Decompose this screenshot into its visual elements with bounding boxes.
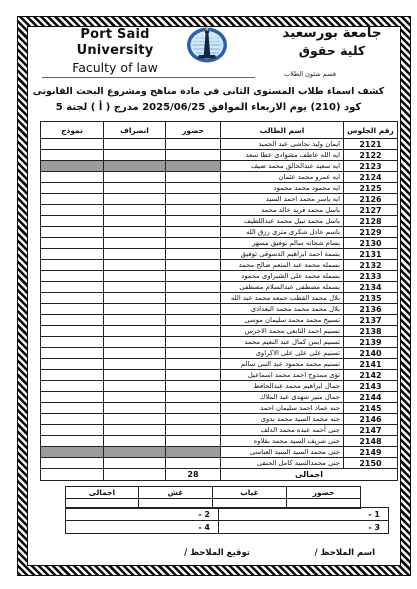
- student-name-cell: جنه محمد السيد محمد بدوى: [221, 414, 344, 425]
- student-name-cell: جنى أحمد عبده محمد الدلف: [221, 425, 344, 436]
- form-cell: [41, 194, 104, 205]
- student-name-cell: تسبيح محمد محمد سليمان موسى: [221, 315, 344, 326]
- student-row: 2146جنه محمد السيد محمد بدوى: [41, 414, 398, 425]
- sheet-subtitle: كود (210) يوم الاربعاء الموافق 2025/06/2…: [30, 102, 387, 113]
- leave-cell: [104, 337, 166, 348]
- form-cell: [41, 205, 104, 216]
- seat-number-cell: 2140: [344, 348, 398, 359]
- university-logo-icon: [185, 25, 229, 65]
- student-name-cell: بسمة احمد ابراهيم الدسوقى توفيق: [221, 249, 344, 260]
- leave-cell: [104, 315, 166, 326]
- faculty-name-en: Faculty of law: [48, 60, 182, 76]
- summary-table: حضور غياب غش اجمالى: [65, 486, 361, 509]
- student-row: 2148جنى شريف السيد محمد بقلاوه: [41, 436, 398, 447]
- form-cell: [41, 150, 104, 161]
- attendance-cell: [166, 436, 221, 447]
- seat-number-cell: 2121: [344, 139, 398, 150]
- student-row: 2132بسمله محمد عبد المنعم صالح محمد: [41, 260, 398, 271]
- total-attendance-cell: 28: [166, 469, 221, 481]
- student-row: 2141تسنيم محمد محمود عبد النبى سالم: [41, 359, 398, 370]
- student-name-cell: جنه عماد احمد سليمان احمد: [221, 403, 344, 414]
- summary-header-cheating: غش: [139, 487, 213, 499]
- seat-number-cell: 2143: [344, 381, 398, 392]
- attendance-cell: [166, 227, 221, 238]
- student-name-cell: جمال منير شهدى عبد الملاك: [221, 392, 344, 403]
- student-row: 2144جمال منير شهدى عبد الملاك: [41, 392, 398, 403]
- attendance-cell: [166, 326, 221, 337]
- student-name-cell: باسل محمد فريد خالد محمد: [221, 205, 344, 216]
- form-cell: [41, 271, 104, 282]
- form-cell: [41, 370, 104, 381]
- form-cell: [41, 348, 104, 359]
- attendance-cell: [166, 282, 221, 293]
- leave-cell: [104, 150, 166, 161]
- seat-number-cell: 2147: [344, 425, 398, 436]
- attendance-cell: [166, 205, 221, 216]
- department-divider-line: [42, 77, 255, 78]
- form-cell: [41, 447, 104, 458]
- seat-number-cell: 2135: [344, 293, 398, 304]
- student-name-cell: بسمله محمد على الشبراوى محمود: [221, 271, 344, 282]
- student-name-cell: ايه عمرو محمد عثمان: [221, 172, 344, 183]
- student-name-cell: باسم عادل شكرى مترى رزق الله: [221, 227, 344, 238]
- form-cell: [41, 183, 104, 194]
- form-cell: [41, 304, 104, 315]
- leave-cell: [104, 425, 166, 436]
- total-row: اجمالى 28: [41, 469, 398, 481]
- leave-cell: [104, 194, 166, 205]
- student-row: 2136بلال محمد محمد محمد البغدادى: [41, 304, 398, 315]
- seat-number-cell: 2125: [344, 183, 398, 194]
- student-row: 2134بسمله مصطفى عبدالسلام مصطفى: [41, 282, 398, 293]
- student-row: 2139تسنيم ايمن كمال عبد النعيم محمد: [41, 337, 398, 348]
- seat-number-cell: 2134: [344, 282, 398, 293]
- seat-number-cell: 2149: [344, 447, 398, 458]
- students-table: رقم الجلوس اسم الطالب حضور انصراف نموذج …: [40, 121, 398, 481]
- seat-number-cell: 2150: [344, 458, 398, 469]
- form-cell: [41, 392, 104, 403]
- form-cell: [41, 216, 104, 227]
- student-row: 2143جمال ابراهيم محمد عبدالحافظ: [41, 381, 398, 392]
- attendance-cell: [166, 150, 221, 161]
- student-row: 2124ايه عمرو محمد عثمان: [41, 172, 398, 183]
- leave-cell: [104, 227, 166, 238]
- summary-header-absence: غياب: [213, 487, 287, 499]
- seat-number-cell: 2137: [344, 315, 398, 326]
- summary-header-row: حضور غياب غش اجمالى: [66, 487, 361, 499]
- student-name-cell: جنى محمدالسيد كامل الحنفى: [221, 458, 344, 469]
- student-row: 2135بلال محمد القطب جمعه محمد عبد الله: [41, 293, 398, 304]
- attendance-cell: [166, 271, 221, 282]
- form-cell: [41, 425, 104, 436]
- student-name-cell: باسل محمد نبيل محمد عبداللطيف: [221, 216, 344, 227]
- university-header-english: Port Said University Faculty of law: [48, 27, 182, 75]
- leave-cell: [104, 139, 166, 150]
- seat-number-cell: 2146: [344, 414, 398, 425]
- student-name-cell: تسنيم على على على الاكراوى: [221, 348, 344, 359]
- attendance-cell: [166, 403, 221, 414]
- leave-cell: [104, 381, 166, 392]
- student-name-cell: بسام شحاته سالم توفيق مسهر: [221, 238, 344, 249]
- leave-cell: [104, 161, 166, 172]
- sheet-title: كشف اسماء طلاب المستوى الثانى في مادة من…: [30, 86, 387, 97]
- student-row: 2131بسمة احمد ابراهيم الدسوقى توفيق: [41, 249, 398, 260]
- university-name-ar: جامعة بورسعيد: [281, 25, 383, 43]
- student-row: 2137تسبيح محمد محمد سليمان موسى: [41, 315, 398, 326]
- student-row: 2125ايه محمود محمد محمود: [41, 183, 398, 194]
- seat-number-cell: 2128: [344, 216, 398, 227]
- leave-cell: [104, 447, 166, 458]
- form-cell: [41, 227, 104, 238]
- university-header-arabic: جامعة بورسعيد كلية حقوق: [281, 25, 383, 59]
- attendance-cell: [166, 425, 221, 436]
- leave-cell: [104, 348, 166, 359]
- student-name-cell: تسنيم ايمن كمال عبد النعيم محمد: [221, 337, 344, 348]
- seat-number-cell: 2126: [344, 194, 398, 205]
- leave-cell: [104, 304, 166, 315]
- attendance-cell: [166, 249, 221, 260]
- summary-header-total: اجمالى: [66, 487, 139, 499]
- observer-name-label: اسم الملاحظ /: [300, 548, 375, 558]
- form-cell: [41, 337, 104, 348]
- seat-number-cell: 2138: [344, 326, 398, 337]
- leave-cell: [104, 172, 166, 183]
- seat-number-cell: 2130: [344, 238, 398, 249]
- attendance-cell: [166, 447, 221, 458]
- seat-number-cell: 2122: [344, 150, 398, 161]
- student-name-cell: تؤى ممدوح احمد محمد اسماعيل: [221, 370, 344, 381]
- student-row: 2138تسنيم احمد التابعى محمد الاخرس: [41, 326, 398, 337]
- total-form-cell: [41, 469, 104, 481]
- student-name-cell: بلال محمد القطب جمعه محمد عبد الله: [221, 293, 344, 304]
- leave-cell: [104, 249, 166, 260]
- attendance-cell: [166, 370, 221, 381]
- column-header-seat-number: رقم الجلوس: [344, 122, 398, 139]
- column-header-leave: انصراف: [104, 122, 166, 139]
- form-cell: [41, 359, 104, 370]
- attendance-cell: [166, 458, 221, 469]
- attendance-cell: [166, 238, 221, 249]
- attendance-cell: [166, 392, 221, 403]
- leave-cell: [104, 238, 166, 249]
- summary-header-attendance: حضور: [287, 487, 361, 499]
- seat-number-cell: 2127: [344, 205, 398, 216]
- seat-number-cell: 2131: [344, 249, 398, 260]
- seat-number-cell: 2136: [344, 304, 398, 315]
- leave-cell: [104, 403, 166, 414]
- column-header-attendance: حضور: [166, 122, 221, 139]
- note-line-2: - 2: [66, 508, 219, 521]
- form-cell: [41, 458, 104, 469]
- student-name-cell: تسنيم احمد التابعى محمد الاخرس: [221, 326, 344, 337]
- student-name-cell: بسمله محمد عبد المنعم صالح محمد: [221, 260, 344, 271]
- student-row: 2145جنه عماد احمد سليمان احمد: [41, 403, 398, 414]
- note-line-1: - 1: [219, 508, 389, 521]
- student-row: 2121ايمان وليد نجاشى عبد الحميد: [41, 139, 398, 150]
- student-name-cell: بسمله مصطفى عبدالسلام مصطفى: [221, 282, 344, 293]
- department-label: قسم شئون الطلاب: [256, 70, 336, 78]
- student-name-cell: جمال ابراهيم محمد عبدالحافظ: [221, 381, 344, 392]
- attendance-cell: [166, 304, 221, 315]
- attendance-cell: [166, 414, 221, 425]
- student-row: 2133بسمله محمد على الشبراوى محمود: [41, 271, 398, 282]
- seat-number-cell: 2148: [344, 436, 398, 447]
- faculty-name-ar: كلية حقوق: [281, 43, 383, 59]
- attendance-cell: [166, 183, 221, 194]
- form-cell: [41, 161, 104, 172]
- form-cell: [41, 403, 104, 414]
- attendance-sheet-page: Port Said University Faculty of law جامع…: [0, 0, 417, 589]
- seat-number-cell: 2139: [344, 337, 398, 348]
- student-row: 2142تؤى ممدوح احمد محمد اسماعيل: [41, 370, 398, 381]
- student-row: 2127باسل محمد فريد خالد محمد: [41, 205, 398, 216]
- seat-number-cell: 2133: [344, 271, 398, 282]
- attendance-cell: [166, 315, 221, 326]
- attendance-cell: [166, 161, 221, 172]
- notes-table: - 1 - 2 - 3 - 4: [65, 507, 389, 534]
- seat-number-cell: 2141: [344, 359, 398, 370]
- column-header-student-name: اسم الطالب: [221, 122, 344, 139]
- leave-cell: [104, 260, 166, 271]
- attendance-cell: [166, 139, 221, 150]
- total-leave-cell: [104, 469, 166, 481]
- observer-signature-label: توقيع الملاحظ /: [170, 548, 250, 558]
- form-cell: [41, 238, 104, 249]
- student-row: 2129باسم عادل شكرى مترى رزق الله: [41, 227, 398, 238]
- leave-cell: [104, 293, 166, 304]
- form-cell: [41, 249, 104, 260]
- seat-number-cell: 2132: [344, 260, 398, 271]
- student-row: 2122ايه الله عاطف مشوادى عطا سعد: [41, 150, 398, 161]
- seat-number-cell: 2142: [344, 370, 398, 381]
- leave-cell: [104, 282, 166, 293]
- student-row: 2147جنى أحمد عبده محمد الدلف: [41, 425, 398, 436]
- student-row: 2126ايه ياسر محمد احمد السيد: [41, 194, 398, 205]
- leave-cell: [104, 359, 166, 370]
- student-row: 2128باسل محمد نبيل محمد عبداللطيف: [41, 216, 398, 227]
- form-cell: [41, 315, 104, 326]
- leave-cell: [104, 414, 166, 425]
- form-cell: [41, 381, 104, 392]
- students-table-header-row: رقم الجلوس اسم الطالب حضور انصراف نموذج: [41, 122, 398, 139]
- student-name-cell: ايمان وليد نجاشى عبد الحميد: [221, 139, 344, 150]
- note-line-4: - 4: [66, 521, 219, 534]
- student-row: 2123ايه سعيد عبدالخالق محمد ضيف: [41, 161, 398, 172]
- column-header-form: نموذج: [41, 122, 104, 139]
- form-cell: [41, 436, 104, 447]
- seat-number-cell: 2144: [344, 392, 398, 403]
- student-row: 2130بسام شحاته سالم توفيق مسهر: [41, 238, 398, 249]
- student-name-cell: بلال محمد محمد محمد البغدادى: [221, 304, 344, 315]
- leave-cell: [104, 458, 166, 469]
- attendance-cell: [166, 194, 221, 205]
- attendance-cell: [166, 359, 221, 370]
- student-name-cell: ايه الله عاطف مشوادى عطا سعد: [221, 150, 344, 161]
- student-name-cell: جنى محمد السيد السيد العباسى: [221, 447, 344, 458]
- seat-number-cell: 2145: [344, 403, 398, 414]
- form-cell: [41, 139, 104, 150]
- student-name-cell: ايه ياسر محمد احمد السيد: [221, 194, 344, 205]
- leave-cell: [104, 392, 166, 403]
- form-cell: [41, 172, 104, 183]
- leave-cell: [104, 370, 166, 381]
- attendance-cell: [166, 293, 221, 304]
- total-label-cell: اجمالى: [221, 469, 398, 481]
- leave-cell: [104, 436, 166, 447]
- form-cell: [41, 293, 104, 304]
- attendance-cell: [166, 337, 221, 348]
- university-name-en: Port Said University: [48, 27, 182, 60]
- leave-cell: [104, 205, 166, 216]
- notes-row-1: - 1 - 2: [66, 508, 389, 521]
- leave-cell: [104, 271, 166, 282]
- note-line-3: - 3: [219, 521, 389, 534]
- leave-cell: [104, 183, 166, 194]
- student-name-cell: ايه محمود محمد محمود: [221, 183, 344, 194]
- leave-cell: [104, 326, 166, 337]
- student-name-cell: ايه سعيد عبدالخالق محمد ضيف: [221, 161, 344, 172]
- attendance-cell: [166, 172, 221, 183]
- student-name-cell: تسنيم محمد محمود عبد النبى سالم: [221, 359, 344, 370]
- notes-row-2: - 3 - 4: [66, 521, 389, 534]
- form-cell: [41, 326, 104, 337]
- form-cell: [41, 414, 104, 425]
- seat-number-cell: 2124: [344, 172, 398, 183]
- form-cell: [41, 260, 104, 271]
- attendance-cell: [166, 348, 221, 359]
- student-name-cell: جنى شريف السيد محمد بقلاوه: [221, 436, 344, 447]
- seat-number-cell: 2129: [344, 227, 398, 238]
- attendance-cell: [166, 216, 221, 227]
- attendance-cell: [166, 260, 221, 271]
- student-row: 2140تسنيم على على على الاكراوى: [41, 348, 398, 359]
- attendance-cell: [166, 381, 221, 392]
- form-cell: [41, 282, 104, 293]
- student-row: 2150جنى محمدالسيد كامل الحنفى: [41, 458, 398, 469]
- student-row: 2149جنى محمد السيد السيد العباسى: [41, 447, 398, 458]
- seat-number-cell: 2123: [344, 161, 398, 172]
- leave-cell: [104, 216, 166, 227]
